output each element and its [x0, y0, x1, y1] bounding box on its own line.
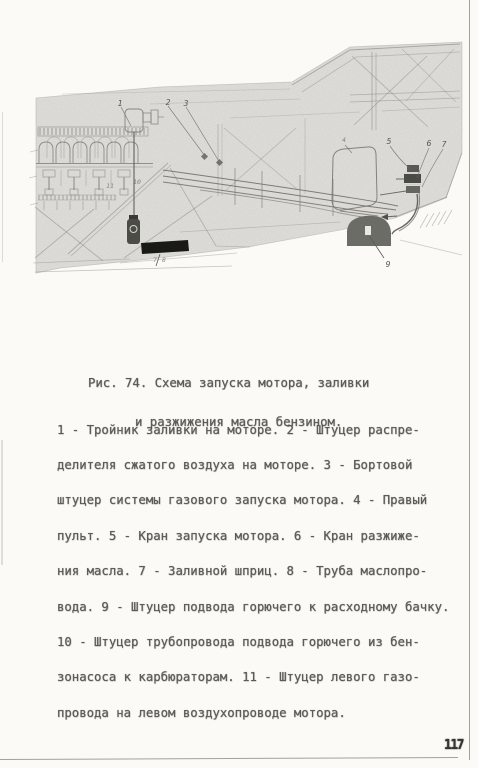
callout-1: 1 [118, 99, 123, 108]
feed-tank [347, 216, 391, 258]
page-border-right [469, 0, 470, 760]
fuselage-silhouette [36, 42, 462, 273]
page-number: 117 [444, 738, 463, 753]
scanned-document-page: 1 2 3 4 5 6 7 9 7 8 10 11 Рис. 74. Схема… [0, 0, 478, 768]
callout-8-oil-line: 8 [162, 256, 166, 264]
callout-7: 7 [442, 140, 447, 149]
legend-line: делителя сжатого воздуха на моторе. 3 - … [57, 460, 449, 472]
callout-2: 2 [166, 98, 171, 107]
callout-4: 4 [342, 136, 346, 144]
page-border-bottom [0, 757, 458, 760]
callout-11: 11 [106, 182, 114, 190]
callout-7-syringe: 7 [153, 256, 157, 264]
callout-3: 3 [183, 99, 189, 108]
figure-diagram: 1 2 3 4 5 6 7 9 7 8 10 11 [0, 0, 478, 332]
callout-6: 6 [427, 139, 432, 148]
legend-line: 1 - Тройник заливки на моторе. 2 - Штуце… [57, 425, 449, 437]
legend-line: вода. 9 - Штуцер подвода горючего к расх… [57, 602, 449, 614]
legend-line: пульт. 5 - Кран запуска мотора. 6 - Кран… [57, 531, 449, 543]
legend-line: штуцер системы газового запуска мотора. … [57, 495, 449, 507]
callout-9: 9 [386, 260, 391, 269]
scan-edge-artifact [2, 112, 3, 262]
legend-line: зонасоса к карбюраторам. 11 - Штуцер лев… [57, 672, 449, 684]
legend-line: 10 - Штуцер трубопровода подвода горючег… [57, 637, 449, 649]
priming-pump [127, 215, 140, 244]
caption-line-1: Рис. 74. Схема запуска мотора, заливки [88, 377, 369, 390]
callout-10: 10 [133, 178, 141, 186]
legend-line: ния масла. 7 - Заливной шприц. 8 - Труба… [57, 566, 449, 578]
legend-line: провода на левом воздухопроводе мотора. [57, 708, 449, 720]
figure-legend: 1 - Тройник заливки на моторе. 2 - Штуце… [57, 401, 449, 743]
callout-5: 5 [387, 137, 392, 146]
scan-edge-artifact [1, 440, 3, 565]
